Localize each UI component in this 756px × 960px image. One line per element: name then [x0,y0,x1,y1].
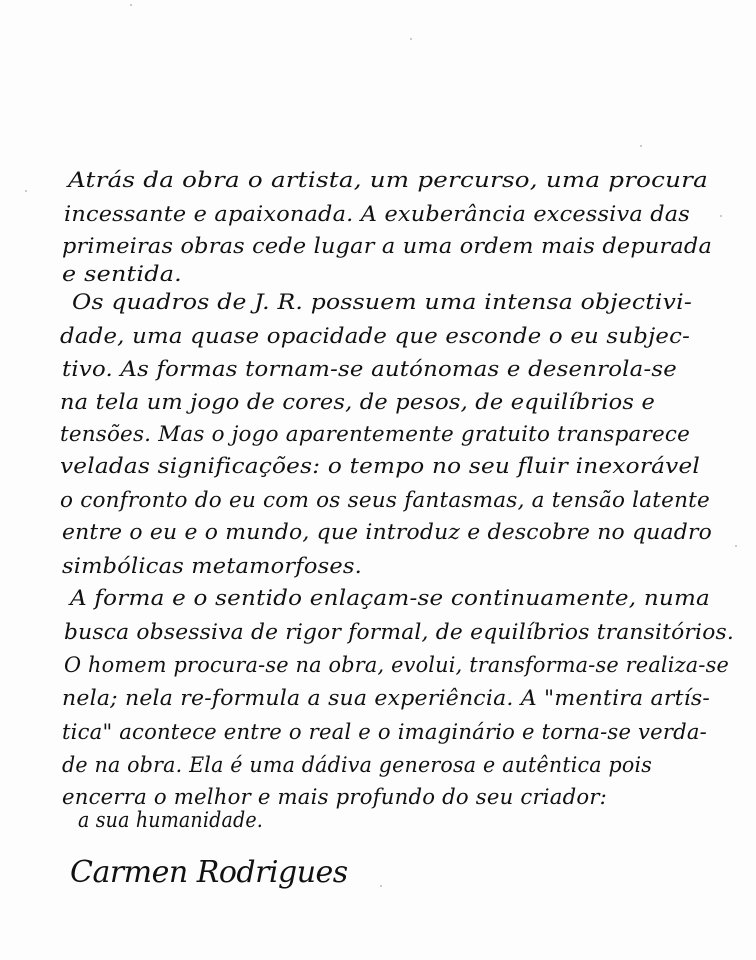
scan-speck [720,215,722,217]
signature: Carmen Rodrigues [70,855,348,890]
handwritten-line: encerra o melhor e mais profundo do seu … [62,785,607,809]
handwritten-line: entre o eu e o mundo, que introduz e des… [62,520,712,544]
handwritten-line: o confronto do eu com os seus fantasmas,… [60,488,710,512]
scan-speck [640,145,642,147]
scan-speck [130,4,132,6]
handwritten-line: nela; nela re-formula a sua experiência.… [62,686,710,710]
scan-speck [25,190,27,192]
handwritten-line: tica" acontece entre o real e o imaginár… [62,720,707,744]
handwritten-line: simbólicas metamorfoses. [62,554,362,578]
handwritten-line: tivo. As formas tornam-se autónomas e de… [62,357,677,381]
handwritten-line: na tela um jogo de cores, de pesos, de e… [60,390,655,414]
handwritten-line: primeiras obras cede lugar a uma ordem m… [62,234,712,258]
handwritten-line: veladas significações: o tempo no seu fl… [60,454,700,478]
handwritten-line: busca obsessiva de rigor formal, de equi… [64,620,734,644]
scan-speck [380,885,382,887]
handwritten-line: dade, uma quase opacidade que esconde o … [60,324,690,348]
handwritten-line: de na obra. Ela é uma dádiva generosa e … [62,753,652,777]
handwritten-line: a sua humanidade. [78,808,263,832]
scan-speck [410,38,412,40]
handwritten-line: incessante e apaixonada. A exuberância e… [64,202,690,226]
handwritten-line: O homem procura-se na obra, evolui, tran… [64,653,729,677]
handwritten-line: Os quadros de J. R. possuem uma intensa … [72,290,692,314]
handwritten-line: Atrás da obra o artista, um percurso, um… [68,168,708,192]
handwritten-line: e sentida. [62,262,182,286]
handwritten-letter-page: Atrás da obra o artista, um percurso, um… [0,0,756,960]
handwritten-line: tensões. Mas o jogo aparentemente gratui… [60,422,690,446]
scan-speck [735,545,737,547]
handwritten-line: A forma e o sentido enlaçam-se continuam… [70,586,710,610]
